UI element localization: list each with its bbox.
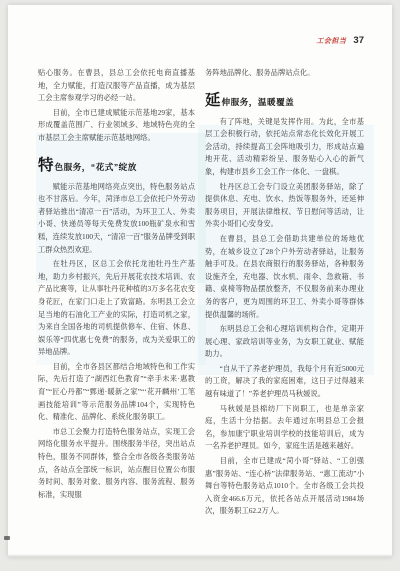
body-paragraph: 有了阵地，关键是发挥作用。为此，全市基层工会积极行动，依托站点常态化长效化开展工…: [205, 116, 364, 179]
body-paragraph: 贴心服务。在曹县，县总工会依托电商直播基地，全力赋能，打造汉服等产品直播，成为基…: [38, 67, 195, 105]
section-heading-text: 色服务，“花式”绽放: [55, 162, 137, 172]
section-heading-text: 伸服务，温暖覆盖: [222, 97, 295, 107]
body-paragraph: 目前，全市已建成“菏小哥”驿站、“工创强惠”服务站、“连心桥”法律服务站、“惠工…: [205, 455, 364, 518]
body-paragraph: 马秋媛是县棉纺厂下岗职工，也是单亲家庭，生活十分拮据。去年通过东明县总工会报名，…: [205, 403, 364, 453]
body-paragraph: 务阵地品牌化、服务品牌站点化。: [205, 67, 364, 80]
body-paragraph: 在牡丹区，区总工会依托龙池牡丹生产基地，助力乡村振兴，先后开展花农技术培训、农产…: [38, 258, 195, 359]
body-paragraph: “自从干了养老护理员，我每个月有近5000元的工资，解决了我的家庭困难，这日子过…: [205, 363, 364, 401]
right-column: 务阵地品牌化、服务品牌站点化。 延伸服务，温暖覆盖 有了阵地，关键是发挥作用。为…: [205, 67, 364, 520]
body-paragraph: 目前，全市各县区都结合地域特色和工作实际，先后打造了“湖西红色教育”“牵手未来·…: [38, 361, 195, 424]
drop-cap: 特: [38, 157, 55, 174]
body-paragraph: 赋能示范基地网络亮点突出，特色服务站点也不甘落后。今年，菏泽市总工会依托户外劳动…: [38, 181, 195, 257]
body-paragraph: 东明县总工会和心理培训机构合作，定期开展心理、家政培训等业务，为女职工就业、赋能…: [205, 323, 364, 361]
page-number: 37: [353, 35, 364, 46]
body-paragraph: 牡丹区总工会专门设立美团服务驿站，除了提供休息、充电、饮水、热饭等服务外，还延伸…: [205, 181, 364, 231]
page-edge-shadow: [8, 554, 392, 557]
scan-speck: [4, 536, 10, 540]
section-heading-extended-services: 延伸服务，温暖覆盖: [205, 89, 364, 111]
drop-cap: 延: [205, 92, 222, 109]
body-paragraph: 在曹县，县总工会借助共建单位的场地优势，在城乡设立了28个户外劳动者驿站，让服务…: [205, 233, 364, 321]
body-paragraph: 市总工会聚力打造特色服务站点，实现工会网络化服务水平提升。围绕服务半径，突出站点…: [38, 426, 195, 502]
magazine-page: 工会担当 37 贴心服务。在曹县，县总工会依托电商直播基地，全力赋能，打造汉服等…: [8, 5, 392, 557]
section-heading-special-services: 特色服务，“花式”绽放: [38, 154, 195, 176]
left-column: 贴心服务。在曹县，县总工会依托电商直播基地，全力赋能，打造汉服等产品直播，成为基…: [38, 67, 195, 503]
page-header: 工会担当 37: [316, 35, 364, 46]
body-paragraph: 目前，全市已建成赋能示范基地29家，基本形成覆盖范围广、行业领域多、地域特色亮的…: [38, 107, 195, 145]
section-label: 工会担当: [316, 36, 346, 46]
